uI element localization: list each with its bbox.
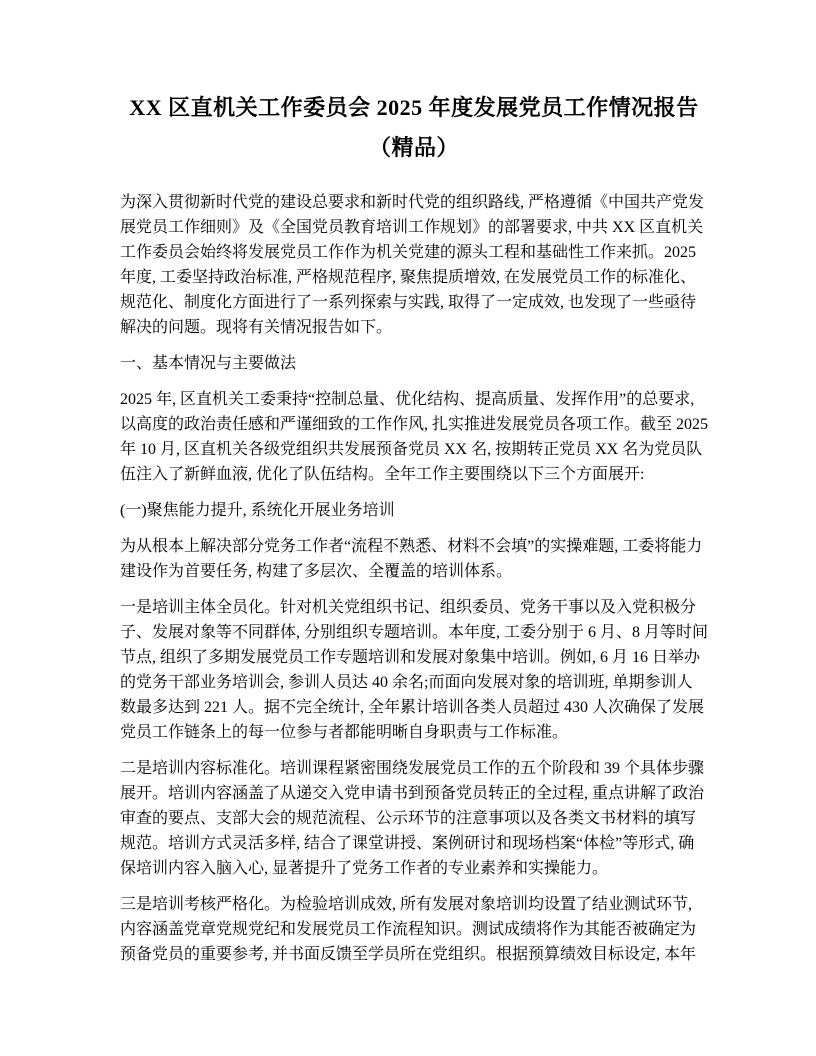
paragraph-overview: 2025 年, 区直机关工委秉持“控制总量、优化结构、提高质量、发挥作用”的总要… — [120, 387, 708, 487]
section-heading-part-1: 一、基本情况与主要做法 — [120, 351, 708, 376]
subsection-heading-1-1: (一)聚焦能力提升, 系统化开展业务培训 — [120, 498, 708, 523]
paragraph-training-assessment: 三是培训考核严格化。为检验培训成效, 所有发展对象培训均设置了结业测试环节, 内… — [120, 892, 708, 967]
paragraph-intro: 为深入贯彻新时代党的建设总要求和新时代党的组织路线, 严格遵循《中国共产党发展党… — [120, 190, 708, 340]
paragraph-training-content: 二是培训内容标准化。培训课程紧密围绕发展党员工作的五个阶段和 39 个具体步骤展… — [120, 756, 708, 881]
document-title: XX 区直机关工作委员会 2025 年度发展党员工作情况报告（精品） — [120, 88, 708, 168]
paragraph-training-system: 为从根本上解决部分党务工作者“流程不熟悉、材料不会填”的实操难题, 工委将能力建… — [120, 534, 708, 584]
paragraph-training-participants: 一是培训主体全员化。针对机关党组织书记、组织委员、党务干事以及入党积极分子、发展… — [120, 595, 708, 745]
document-page: XX 区直机关工作委员会 2025 年度发展党员工作情况报告（精品） 为深入贯彻… — [0, 0, 816, 1056]
